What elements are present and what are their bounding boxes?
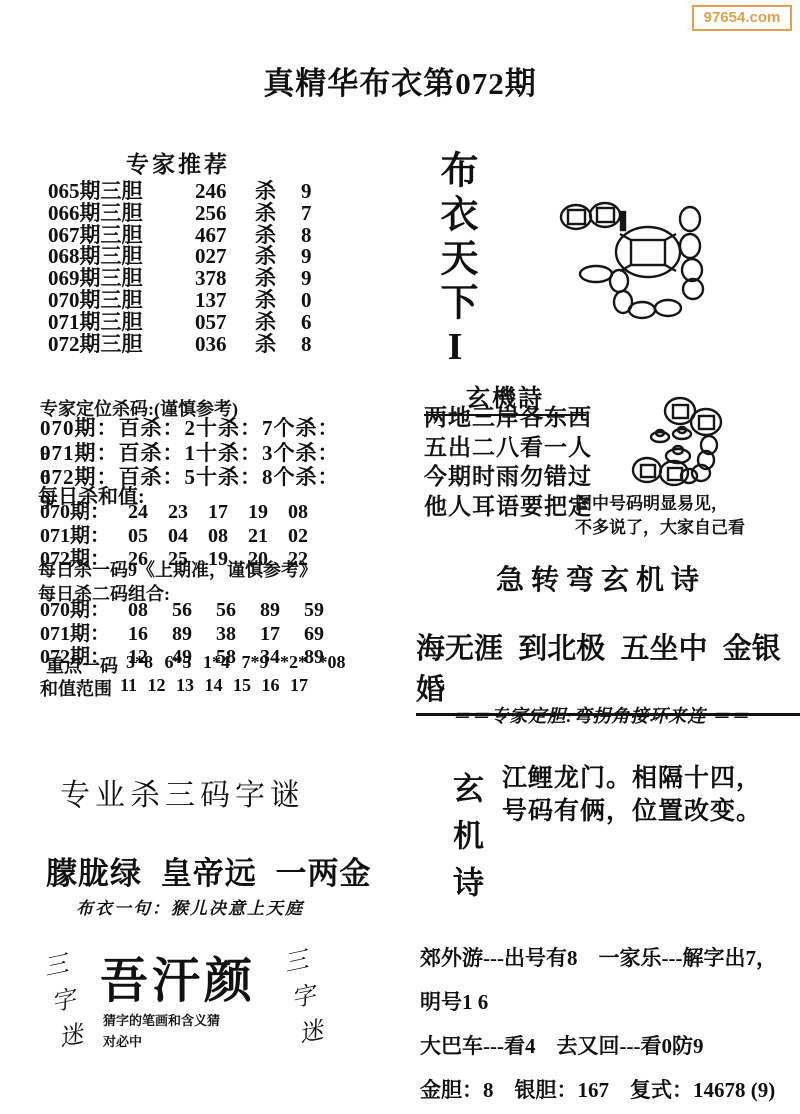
buyitianxia-vertical-title: 布衣天下I — [428, 150, 483, 374]
dan-numbers: 378 — [195, 268, 255, 290]
sanzimi-note: 猜字的笔画和含义猜 对必中 — [103, 1010, 220, 1052]
dan-numbers: 256 — [195, 203, 255, 225]
issue-label: 071期三胆 — [48, 312, 195, 334]
xuanjishi2-text: 江鲤龙门。相隔十四， 号码有俩，位置改变。 — [502, 762, 762, 828]
kill-value: 9 — [301, 268, 318, 290]
list-item: 071期： 16 89 38 17 69 — [40, 623, 350, 647]
xuanjishi-poem: 两地三岸各东西 五出二八看一人 今期时雨勿错过 他人耳语要把定 — [424, 403, 592, 521]
jizhuanwan-title: 急转弯玄机诗 — [415, 558, 787, 598]
issue-label: 070期： — [40, 599, 128, 623]
hezhifanwei-line: 和值范围 11 12 13 14 15 16 17 — [40, 675, 308, 701]
list-item: 070期三胆 137 杀 0 — [48, 290, 318, 312]
shayima-line: 每日杀一码9《上期准，谨慎参考》 — [38, 556, 317, 582]
expert-recommend-list: 065期三胆 246 杀 9 066期三胆 256 杀 7 067期三胆 467… — [48, 181, 318, 355]
value-list: 16 89 38 17 69 — [128, 623, 324, 647]
jizhuanwan-subline: ＝＝专家定胆:弯拐角接环来连 ＝＝ — [415, 702, 787, 728]
watermark-link[interactable]: 97654.com — [692, 5, 792, 31]
list-item: 067期三胆 467 杀 8 — [48, 225, 318, 247]
poem-line: 两地三岸各东西 — [424, 403, 592, 433]
hezhifanwei-values: 11 12 13 14 15 16 17 — [120, 675, 308, 701]
kill-value: 9 — [301, 246, 318, 268]
buyiyiju-line: 布衣一句：猴儿决意上天庭 — [76, 894, 304, 919]
poem-line: 他人耳语要把定 — [424, 492, 592, 522]
poem-line: 号码有俩，位置改变。 — [502, 795, 762, 828]
drawing-caption: 图中号码明显易见， 不多说了，大家自己看 — [575, 492, 745, 540]
kill-label: 杀 — [255, 246, 301, 268]
xuanjishi2-vertical-title: 玄机诗 — [443, 772, 488, 913]
sanzimi-side-label-left: 三字迷 — [33, 950, 90, 1063]
issue-label: 068期三胆 — [48, 246, 195, 268]
caption-line: 不多说了，大家自己看 — [575, 516, 745, 540]
list-item: 071期三胆 057 杀 6 — [48, 312, 318, 334]
value-list: 08 56 56 89 59 — [128, 599, 324, 623]
dan-numbers: 057 — [195, 312, 255, 334]
kill-value: 0 — [301, 290, 318, 312]
kill-value: 6 — [301, 312, 318, 334]
coins-drawing-2 — [616, 383, 761, 495]
shasanma-title: 专业杀三码字谜 — [60, 770, 305, 814]
kill-label: 杀 — [255, 334, 301, 356]
list-item: 068期三胆 027 杀 9 — [48, 246, 318, 268]
kill-label: 杀 — [255, 268, 301, 290]
tip-line: 郊外游---出号有8 一家乐---解字出7，明号1 6 — [420, 936, 792, 1024]
kill-label: 杀 — [255, 181, 301, 203]
list-item: 066期三胆 256 杀 7 — [48, 203, 318, 225]
kill-value: 7 — [301, 203, 318, 225]
issue-label: 067期三胆 — [48, 225, 195, 247]
caption-line: 图中号码明显易见， — [575, 492, 745, 516]
dan-numbers: 467 — [195, 225, 255, 247]
kill-label: 杀 — [255, 312, 301, 334]
expert-recommend-heading: 专家推荐 — [126, 146, 230, 179]
lottery-sheet-page: 97654.com 真精华布衣第072期 专家推荐 065期三胆 246 杀 9… — [0, 0, 800, 1114]
sanzimi-note-line1: 猜字的笔画和含义猜 — [103, 1010, 220, 1031]
sanzimi-answer: 吾汗颜 — [100, 942, 256, 1011]
coins-drawing-1 — [538, 188, 743, 340]
list-item: 071期： 05 04 08 21 02 — [40, 525, 350, 549]
list-item: 069期三胆 378 杀 9 — [48, 268, 318, 290]
kill-label: 杀 — [255, 290, 301, 312]
value-list: 05 04 08 21 02 — [128, 525, 308, 549]
sanzimi-side-label-right: 三字迷 — [273, 946, 330, 1059]
dan-numbers: 027 — [195, 246, 255, 268]
riddle-line: 朦胧绿 皇帝远 一两金 — [46, 848, 372, 893]
dan-numbers: 137 — [195, 290, 255, 312]
tip-line: 大巴车---看4 去又回---看0防9 — [420, 1024, 792, 1068]
bottom-tips: 郊外游---出号有8 一家乐---解字出7，明号1 6 大巴车---看4 去又回… — [420, 936, 792, 1112]
issue-label: 066期三胆 — [48, 203, 195, 225]
list-item: 072期三胆 036 杀 8 — [48, 334, 318, 356]
list-item: 071期：百杀：1十杀：3个杀：6 — [40, 441, 350, 466]
issue-label: 065期三胆 — [48, 181, 195, 203]
value-list: 24 23 17 19 08 — [128, 501, 308, 525]
issue-label: 072期三胆 — [48, 334, 195, 356]
dingwei-rows: 070期：百杀：2十杀：7个杀：9 071期：百杀：1十杀：3个杀：6 072期… — [40, 416, 350, 490]
page-title: 真精华布衣第072期 — [0, 58, 800, 103]
poem-line: 五出二八看一人 — [424, 433, 592, 463]
list-item: 070期：百杀：2十杀：7个杀：9 — [40, 416, 350, 441]
kill-label: 杀 — [255, 225, 301, 247]
list-item: 070期： 08 56 56 89 59 — [40, 599, 350, 623]
dan-numbers: 246 — [195, 181, 255, 203]
list-item: 070期： 24 23 17 19 08 — [40, 501, 350, 525]
kill-value: 9 — [301, 181, 318, 203]
issue-label: 071期： — [40, 623, 128, 647]
poem-line: 今期时雨勿错过 — [424, 462, 592, 492]
issue-label: 069期三胆 — [48, 268, 195, 290]
sanzimi-note-line2: 对必中 — [103, 1031, 220, 1052]
kill-label: 杀 — [255, 203, 301, 225]
poem-line: 江鲤龙门。相隔十四， — [502, 762, 762, 795]
list-item: 065期三胆 246 杀 9 — [48, 181, 318, 203]
kill-value: 8 — [301, 225, 318, 247]
issue-label: 070期三胆 — [48, 290, 195, 312]
issue-label: 070期： — [40, 501, 128, 525]
tip-line: 金胆：8 银胆：167 复式：14678 (9) — [420, 1068, 792, 1112]
kill-value: 8 — [301, 334, 318, 356]
hezhifanwei-label: 和值范围 — [40, 675, 112, 701]
issue-label: 071期： — [40, 525, 128, 549]
dan-numbers: 036 — [195, 334, 255, 356]
